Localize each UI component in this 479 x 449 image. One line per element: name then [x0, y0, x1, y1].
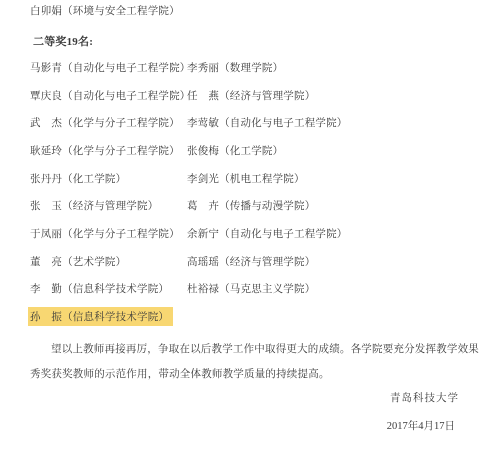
award-col2: 葛 卉（传播与动漫学院）	[187, 198, 315, 213]
section-heading-second-prize: 二等奖19名:	[33, 33, 471, 49]
award-col2: 余新宁（自动化与电子工程学院）	[187, 226, 348, 241]
award-row: 于凤丽（化学与分子工程学院） 余新宁（自动化与电子工程学院）	[30, 226, 471, 241]
award-col1: 张丹丹（化工学院）	[30, 174, 126, 185]
award-col1: 张 玉（经济与管理学院）	[30, 201, 158, 212]
award-row: 耿延玲（化学与分子工程学院） 张俊梅（化工学院）	[30, 143, 471, 158]
award-row: 覃庆良（自动化与电子工程学院） 任 燕（经济与管理学院）	[30, 88, 471, 103]
award-col1: 李 勤（信息科学技术学院）	[30, 284, 169, 295]
award-col1: 于凤丽（化学与分子工程学院）	[30, 229, 180, 240]
award-col1: 武 杰（化学与分子工程学院）	[30, 118, 180, 129]
award-col2: 李剑光（机电工程学院）	[187, 171, 305, 186]
award-row: 张 玉（经济与管理学院） 葛 卉（传播与动漫学院）	[30, 198, 471, 213]
award-col2: 杜裕禄（马克思主义学院）	[187, 281, 315, 296]
award-row: 张丹丹（化工学院） 李剑光（机电工程学院）	[30, 171, 471, 186]
award-col1: 马影青（自动化与电子工程学院）	[30, 63, 191, 74]
closing-paragraph: 望以上教师再接再厉，争取在以后教学工作中取得更大的成绩。各学院要充分发挥教学效果…	[30, 337, 453, 387]
award-col2: 李莺敏（自动化与电子工程学院）	[187, 115, 348, 130]
document-page: 白卯娟（环境与安全工程学院） 二等奖19名: 马影青（自动化与电子工程学院） 李…	[0, 0, 479, 449]
highlighted-entry-line: 孙 振（信息科学技术学院）	[28, 307, 471, 326]
paragraph-line: 秀奖获奖教师的示范作用，带动全体教师教学质量的持续提高。	[30, 362, 453, 387]
paragraph-line: 望以上教师再接再厉，争取在以后教学工作中取得更大的成绩。各学院要充分发挥教学效果…	[30, 337, 453, 362]
award-col2: 任 燕（经济与管理学院）	[187, 88, 315, 103]
highlight-mark: 孙 振（信息科学技术学院）	[28, 307, 173, 326]
signature-university: 青岛科技大学	[390, 390, 459, 405]
award-row: 李 勤（信息科学技术学院） 杜裕禄（马克思主义学院）	[30, 281, 471, 296]
award-col1: 耿延玲（化学与分子工程学院）	[30, 146, 180, 157]
award-row: 武 杰（化学与分子工程学院） 李莺敏（自动化与电子工程学院）	[30, 115, 471, 130]
award-row: 马影青（自动化与电子工程学院） 李秀丽（数理学院）	[30, 60, 471, 75]
award-entry-first: 白卯娟（环境与安全工程学院）	[30, 3, 471, 18]
award-col2: 张俊梅（化工学院）	[187, 143, 283, 158]
award-col2: 李秀丽（数理学院）	[187, 60, 283, 75]
award-col1: 董 亮（艺术学院）	[30, 257, 126, 268]
award-col2: 高瑶瑶（经济与管理学院）	[187, 254, 315, 269]
award-row: 董 亮（艺术学院） 高瑶瑶（经济与管理学院）	[30, 254, 471, 269]
document-date: 2017年4月17日	[387, 418, 455, 433]
award-col1: 覃庆良（自动化与电子工程学院）	[30, 91, 191, 102]
